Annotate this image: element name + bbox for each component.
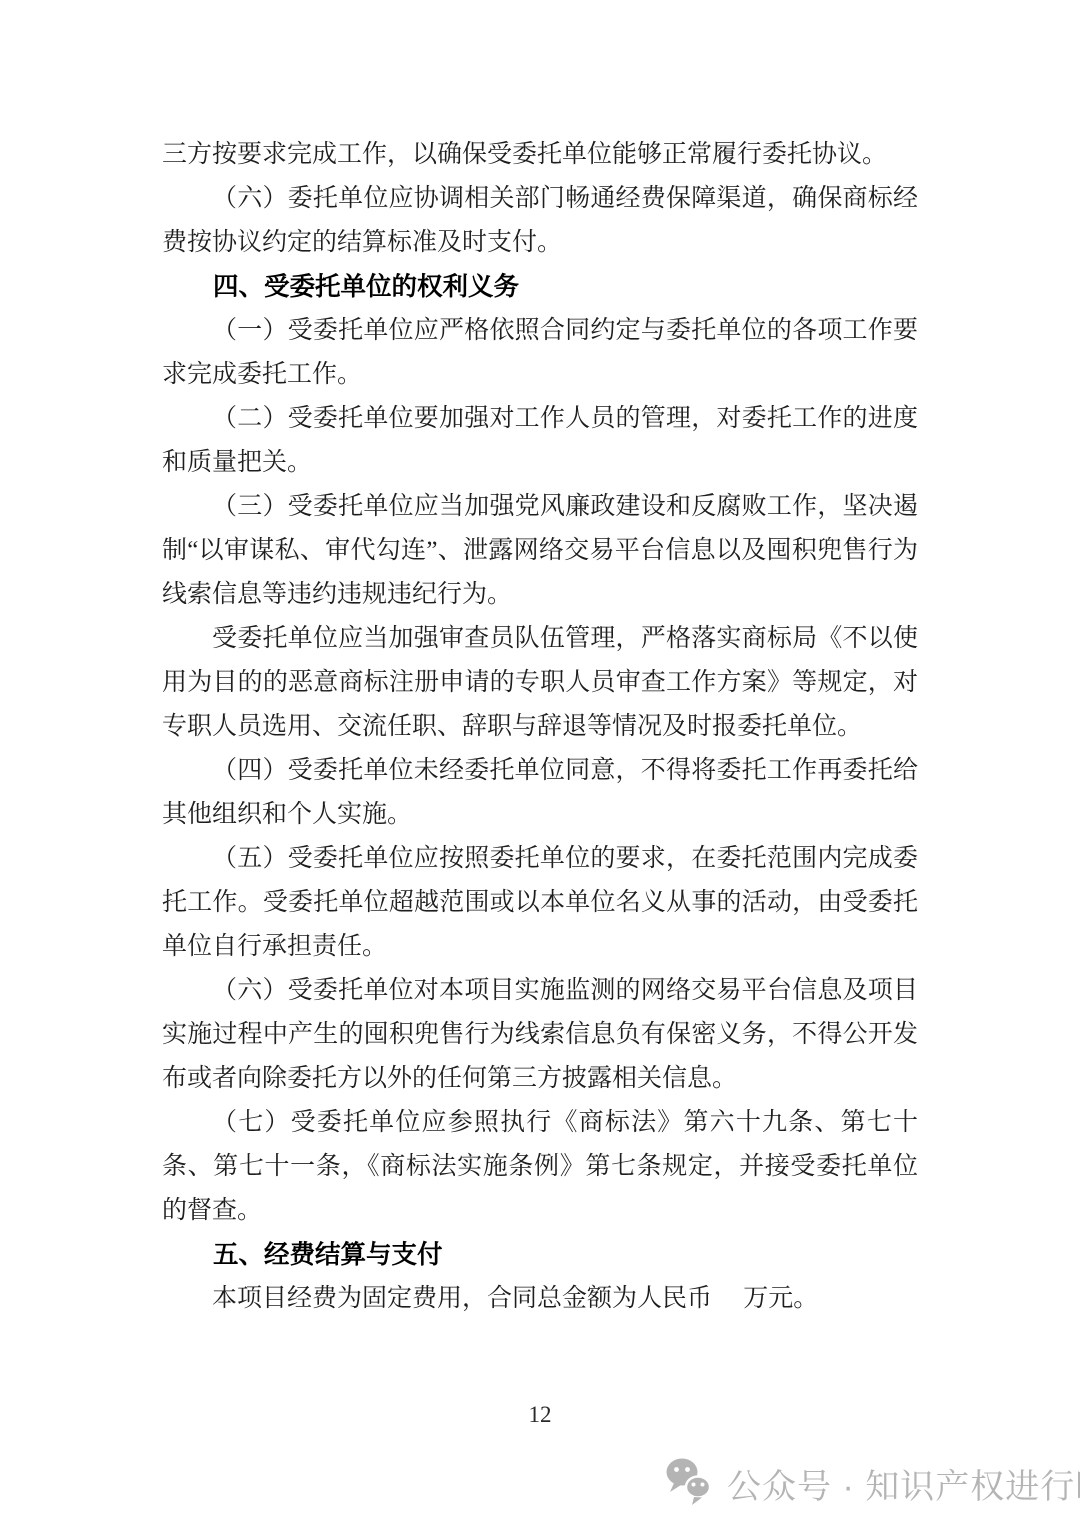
paragraph: （七）受委托单位应参照执行《商标法》第六十九条、第七十条、第七十一条，《商标法实…	[162, 1101, 918, 1233]
paragraph: 本项目经费为固定费用，合同总金额为人民币 万元。	[162, 1277, 918, 1321]
paragraph: （六）委托单位应协调相关部门畅通经费保障渠道，确保商标经费按协议约定的结算标准及…	[162, 177, 918, 265]
section-heading-5: 五、经费结算与支付	[162, 1233, 918, 1277]
section-heading-4: 四、受委托单位的权利义务	[162, 265, 918, 309]
wechat-icon	[664, 1457, 714, 1509]
paragraph: 受委托单位应当加强审查员队伍管理，严格落实商标局《不以使用为目的的恶意商标注册申…	[162, 617, 918, 749]
paragraph: （六）受委托单位对本项目实施监测的网络交易平台信息及项目实施过程中产生的囤积兜售…	[162, 969, 918, 1101]
paragraph: （五）受委托单位应按照委托单位的要求，在委托范围内完成委托工作。受委托单位超越范…	[162, 837, 918, 969]
paragraph: （三）受委托单位应当加强党风廉政建设和反腐败工作，坚决遏制“以审谋私、审代勾连”…	[162, 485, 918, 617]
paragraph: （四）受委托单位未经委托单位同意，不得将委托工作再委托给其他组织和个人实施。	[162, 749, 918, 837]
watermark-label: 公众号 · 知识产权进行时	[727, 1459, 1080, 1508]
document-body: 三方按要求完成工作，以确保受委托单位能够正常履行委托协议。 （六）委托单位应协调…	[162, 133, 918, 1321]
paragraph: （一）受委托单位应严格依照合同约定与委托单位的各项工作要求完成委托工作。	[162, 309, 918, 397]
page-number: 12	[0, 1402, 1080, 1428]
paragraph: （二）受委托单位要加强对工作人员的管理，对委托工作的进度和质量把关。	[162, 397, 918, 485]
watermark-badge: 公众号 · 知识产权进行时	[664, 1454, 1080, 1512]
paragraph: 三方按要求完成工作，以确保受委托单位能够正常履行委托协议。	[162, 133, 918, 177]
